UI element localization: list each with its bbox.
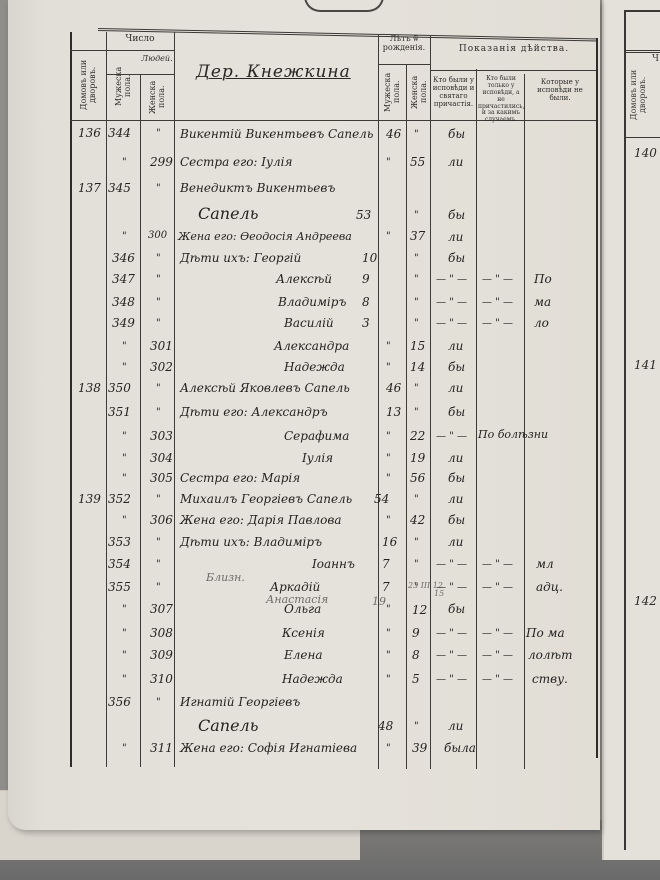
confessed-mark: бы [448, 209, 465, 221]
pencil-overwrite-suffix: 15 [434, 590, 444, 598]
col-divider-only-confession [524, 74, 525, 769]
person-name: Жена его: Софія Игнатіева [180, 742, 357, 754]
only-confession-ditto: — " — [482, 275, 513, 285]
age-male: " [386, 629, 391, 639]
age-female: " [414, 384, 419, 394]
confessed-ditto: — " — [436, 651, 467, 661]
age-female: " [414, 538, 419, 548]
header-pokazaniya: Показанія дѣйства. [434, 44, 594, 54]
confessed-mark: бы [448, 472, 465, 484]
col-divider-age [406, 64, 407, 769]
confessed-mark: бы [448, 514, 465, 526]
female-number: 309 [150, 649, 173, 661]
confessed-mark: ли [448, 493, 463, 505]
person-name: Игнатій Георгіевъ [180, 696, 300, 708]
female-number: 303 [150, 430, 173, 442]
male-number: 355 [108, 581, 131, 593]
person-name: Викентій Викентьевъ Сапель [180, 128, 373, 140]
female-number: 299 [150, 156, 173, 168]
right-page-header-bottom-rule [624, 137, 660, 138]
age-female: 9 [412, 627, 420, 639]
pencil-note-twins: Близн. [206, 572, 245, 583]
female-number: " [156, 560, 161, 570]
house-number: 138 [78, 382, 101, 394]
female-number: 310 [150, 673, 173, 685]
male-number: " [122, 158, 127, 168]
pencil-overwrite-age: 19 [372, 596, 386, 607]
age-male: 7 [382, 581, 390, 593]
col-divider-confessed [476, 69, 477, 769]
confessed-mark: бы [448, 361, 465, 373]
person-surname: Сапель [198, 206, 258, 222]
only-confession-ditto: — " — [482, 298, 513, 308]
confessed-ditto: — " — [436, 275, 467, 285]
not-confessed-note: адц. [536, 581, 563, 593]
age-female: " [414, 298, 419, 308]
header-age-male: Мужеска пола. [380, 66, 404, 118]
age-male: " [386, 605, 391, 615]
only-confession-ditto: — " — [482, 319, 513, 329]
outer-right-border [596, 38, 598, 758]
age-male: 46 [386, 128, 401, 140]
age-male: " [386, 232, 391, 242]
person-name: Дѣти ихъ: Георгій [180, 252, 301, 264]
age-female: " [414, 408, 419, 418]
age-female: " [414, 254, 419, 264]
person-name: Венедиктъ Викентьевъ [180, 182, 335, 194]
age-female: " [414, 130, 419, 140]
header-chislo: Число [106, 34, 174, 44]
female-number: " [156, 583, 161, 593]
age-male: " [386, 363, 391, 373]
person-name: Сестра его: Марія [180, 472, 300, 484]
age-male: 8 [362, 296, 370, 308]
age-male: 13 [386, 406, 401, 418]
person-surname: Сапель [198, 718, 258, 734]
outer-left-border [70, 32, 72, 767]
confessed-mark: ли [448, 452, 463, 464]
age-male: " [386, 744, 391, 754]
female-number: 311 [150, 742, 173, 754]
age-female: 37 [410, 230, 425, 242]
house-number: 139 [78, 493, 101, 505]
not-confessed-note: По [534, 273, 552, 285]
male-number: " [122, 432, 127, 442]
female-number: 305 [150, 472, 173, 484]
age-female: 19 [410, 452, 425, 464]
person-name: Александра [274, 340, 349, 352]
person-name: Дѣти его: Александръ [180, 406, 328, 418]
female-number: " [156, 538, 161, 548]
right-page-house-number: 142 [634, 594, 657, 608]
confessed-ditto: — " — [436, 629, 467, 639]
house-number: 137 [78, 182, 101, 194]
confessed-mark: бы [448, 128, 465, 140]
age-male: " [386, 651, 391, 661]
header-rule-pokazaniya [430, 70, 596, 71]
age-female: 56 [410, 472, 425, 484]
not-confessed-note: мл [536, 558, 554, 570]
age-female: 15 [410, 340, 425, 352]
header-rule-chislo [70, 50, 174, 51]
age-female: " [414, 319, 419, 329]
register-table: Число Домовъ или дворовъ. Людей. Мужеска… [88, 24, 570, 764]
confessed-ditto: — " — [436, 319, 467, 329]
village-heading: Дер. Кнежкина [196, 62, 351, 82]
confessed-mark: бы [448, 406, 465, 418]
person-name: Михаилъ Георгіевъ Сапель [180, 493, 352, 505]
right-page-house-number: 141 [634, 358, 657, 372]
age-female: 22 [410, 430, 425, 442]
not-confessed-note: По ма [526, 627, 565, 639]
age-male: " [386, 342, 391, 352]
age-male: 10 [362, 252, 377, 264]
male-number: " [122, 454, 127, 464]
age-female: 12 [412, 604, 427, 616]
age-male: 54 [374, 493, 389, 505]
header-col-confessed: Кто были у исповѣди и святаго причастія. [431, 76, 476, 108]
age-female: " [414, 495, 419, 505]
not-confessed-note: ству. [532, 673, 568, 685]
person-name: Ксенія [282, 627, 325, 639]
person-name: Жена его: Ѳеодосія Андреева [178, 231, 352, 242]
person-name: Елена [284, 649, 323, 661]
confessed-mark: ли [448, 231, 463, 243]
female-number: " [156, 298, 161, 308]
female-number: 304 [150, 452, 173, 464]
female-number: " [156, 384, 161, 394]
col-divider-male [140, 74, 141, 767]
header-col-only-confession: Кто были только у исповѣди, а не причаст… [478, 76, 524, 124]
age-male: 48 [378, 720, 393, 732]
age-female: 14 [410, 361, 425, 373]
female-number: " [156, 408, 161, 418]
female-number: 307 [150, 603, 173, 615]
age-female: 8 [412, 649, 420, 661]
age-female: 5 [412, 673, 420, 685]
person-name: Сестра его: Іулія [180, 156, 292, 168]
female-number: " [156, 254, 161, 264]
confessed-mark: ли [448, 340, 463, 352]
male-number: 353 [108, 536, 131, 548]
only-confession-ditto: — " — [482, 651, 513, 661]
header-col-not-confessed: Которые у исповѣди не были. [526, 78, 594, 102]
male-number: 347 [112, 273, 135, 285]
printed-emblem [304, 0, 384, 12]
person-name: Іулія [302, 452, 333, 464]
age-female: " [414, 722, 419, 732]
age-female: " [414, 560, 419, 570]
person-name: Владиміръ [278, 296, 346, 308]
confessed-mark: ли [448, 720, 463, 732]
header-let-ot-rozhdeniya: Лѣтъ ѿ рожденія. [378, 34, 430, 52]
only-confession-ditto: — " — [482, 583, 513, 593]
confessed-mark: ли [448, 382, 463, 394]
person-name: Жена его: Дарія Павлова [180, 514, 342, 526]
male-number: 351 [108, 406, 131, 418]
female-number: " [156, 495, 161, 505]
male-number: 354 [108, 558, 131, 570]
person-name: Василій [284, 317, 334, 329]
confessed-ditto: — " — [436, 675, 467, 685]
right-page-header-rule [624, 50, 660, 53]
female-number: " [156, 275, 161, 285]
male-number: 348 [112, 296, 135, 308]
age-female: 42 [410, 514, 425, 526]
col-divider-female [174, 32, 175, 767]
age-male: 9 [362, 273, 370, 285]
female-number: 306 [150, 514, 173, 526]
person-name: Аркадій [270, 581, 320, 593]
only-confession-note: По болѣзни [478, 429, 548, 440]
male-number: 350 [108, 382, 131, 394]
age-male: " [386, 158, 391, 168]
male-number: " [122, 629, 127, 639]
age-male: " [386, 516, 391, 526]
female-number: 301 [150, 340, 173, 352]
female-number: 302 [150, 361, 173, 373]
age-female: " [414, 211, 419, 221]
female-number: " [156, 184, 161, 194]
person-name: Алексѣй Яковлевъ Сапель [180, 382, 350, 394]
person-name: Іоаннъ [312, 558, 355, 570]
male-number: " [122, 605, 127, 615]
right-page-frame [624, 10, 660, 850]
female-number: " [156, 698, 161, 708]
right-page-house-number: 140 [634, 146, 657, 160]
male-number: " [122, 474, 127, 484]
age-male: " [386, 474, 391, 484]
person-name: Серафима [284, 430, 349, 442]
confessed-ditto: — " — [436, 560, 467, 570]
header-rule-let [378, 64, 430, 65]
header-age-female: Женска пола. [408, 66, 430, 118]
age-male: " [386, 454, 391, 464]
only-confession-ditto: — " — [482, 560, 513, 570]
male-number: " [122, 651, 127, 661]
person-name: Алексѣй [276, 273, 332, 285]
male-number: 345 [108, 182, 131, 194]
header-female: Женска пола. [142, 76, 172, 118]
age-male: 3 [362, 317, 370, 329]
col-divider-name [378, 34, 379, 769]
male-number: 352 [108, 493, 131, 505]
female-number: 308 [150, 627, 173, 639]
header-male: Мужеска пола. [108, 54, 138, 118]
confessed-mark: бы [448, 603, 465, 615]
confessed-mark: была [444, 742, 476, 754]
person-name: Ольга [284, 603, 321, 615]
right-page: Ч Домовъ или дворовъ. 140 141 142 [602, 0, 660, 860]
age-female: 55 [410, 156, 425, 168]
age-male: " [386, 675, 391, 685]
person-name: Надежда [282, 673, 343, 685]
header-lyudey: Людей. [140, 54, 174, 63]
age-male: 16 [382, 536, 397, 548]
age-male: 53 [356, 209, 371, 221]
age-female: " [414, 275, 419, 285]
header-domov: Домовъ или дворовъ. [72, 52, 104, 118]
house-number: 136 [78, 127, 101, 139]
confessed-ditto: — " — [436, 432, 467, 442]
not-confessed-note: лолѣт [528, 649, 572, 661]
not-confessed-note: ло [534, 317, 549, 329]
not-confessed-note: ма [534, 296, 551, 308]
person-name: Надежда [284, 361, 345, 373]
male-number: 344 [108, 127, 131, 139]
confessed-mark: ли [448, 156, 463, 168]
male-number: 356 [108, 696, 131, 708]
male-number: " [122, 516, 127, 526]
male-number: 349 [112, 317, 135, 329]
person-name: Дѣти ихъ: Владиміръ [180, 536, 322, 548]
male-number: " [122, 744, 127, 754]
col-divider-age-female [430, 36, 431, 769]
age-male: 7 [382, 558, 390, 570]
age-male: 46 [386, 382, 401, 394]
confessed-mark: ли [448, 536, 463, 548]
male-number: 346 [112, 252, 135, 264]
male-number: " [122, 232, 127, 242]
confessed-ditto: — " — [436, 298, 467, 308]
male-number: " [122, 342, 127, 352]
male-number: " [122, 675, 127, 685]
age-male: " [386, 432, 391, 442]
col-divider-house [106, 32, 107, 767]
female-number: 300 [148, 231, 167, 241]
age-female: 39 [412, 742, 427, 754]
right-page-header-domov: Домовъ или дворовъ. [629, 60, 659, 130]
female-number: " [156, 129, 161, 139]
only-confession-ditto: — " — [482, 629, 513, 639]
male-number: " [122, 363, 127, 373]
confessed-mark: бы [448, 252, 465, 264]
only-confession-ditto: — " — [482, 675, 513, 685]
female-number: " [156, 319, 161, 329]
